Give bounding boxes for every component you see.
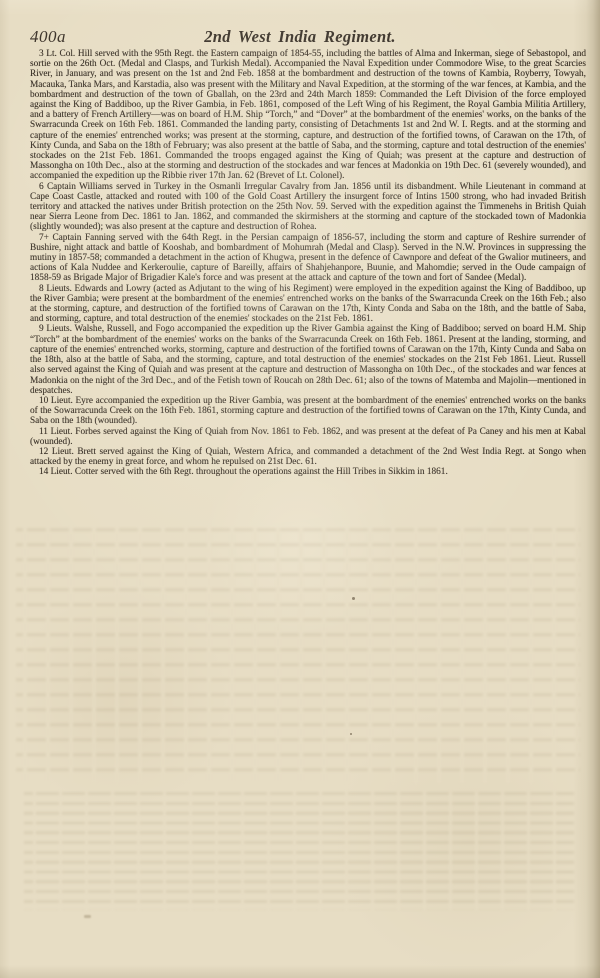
foxing-spot [350, 733, 352, 735]
page-body: 3 Lt. Col. Hill served with the 95th Reg… [30, 49, 586, 478]
book-page: 400a 2nd West India Regiment. 3 Lt. Col.… [0, 0, 600, 978]
paragraph-note-8: 8 Lieuts. Edwards and Lowry (acted as Ad… [30, 284, 586, 325]
paragraph-note-11: 11 Lieut. Forbes served against the King… [30, 427, 586, 447]
showthrough-mark [84, 915, 91, 918]
paragraph-note-9: 9 Lieuts. Walshe, Russell, and Fogo acco… [30, 324, 586, 395]
paragraph-note-3: 3 Lt. Col. Hill served with the 95th Reg… [30, 49, 586, 182]
paragraph-note-14: 14 Lieut. Cotter served with the 6th Reg… [30, 467, 586, 477]
paragraph-note-7: 7+ Captain Fanning served with the 64th … [30, 233, 586, 284]
paragraph-note-12: 12 Lieut. Brett served against the King … [30, 447, 586, 467]
paragraph-note-6: 6 Captain Williams served in Turkey in t… [30, 182, 586, 233]
showthrough-paragraph-text [24, 792, 574, 910]
paragraph-note-10: 10 Lieut. Eyre accompanied the expeditio… [30, 396, 586, 427]
page-title: 2nd West India Regiment. [0, 27, 600, 47]
foxing-spot [352, 597, 355, 600]
showthrough-list-text [16, 528, 580, 783]
